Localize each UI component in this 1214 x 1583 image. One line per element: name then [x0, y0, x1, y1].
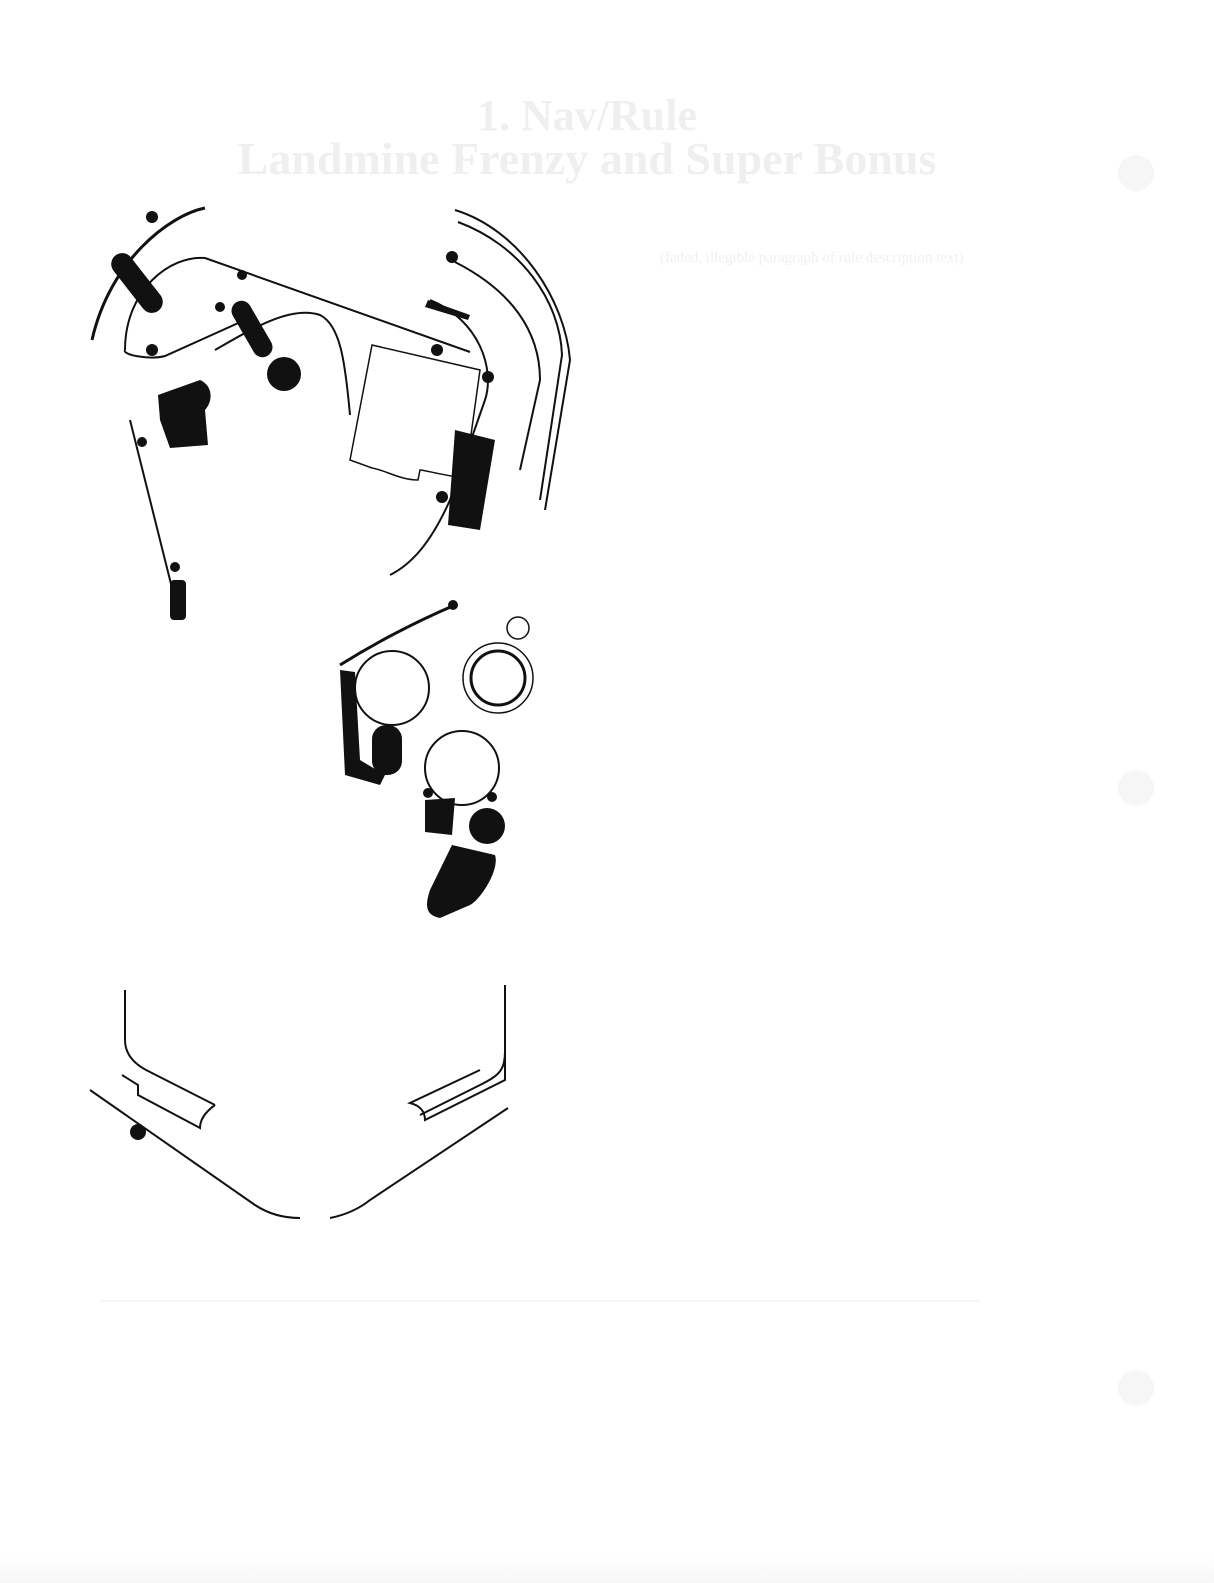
playfield-diagram — [0, 0, 1214, 1583]
